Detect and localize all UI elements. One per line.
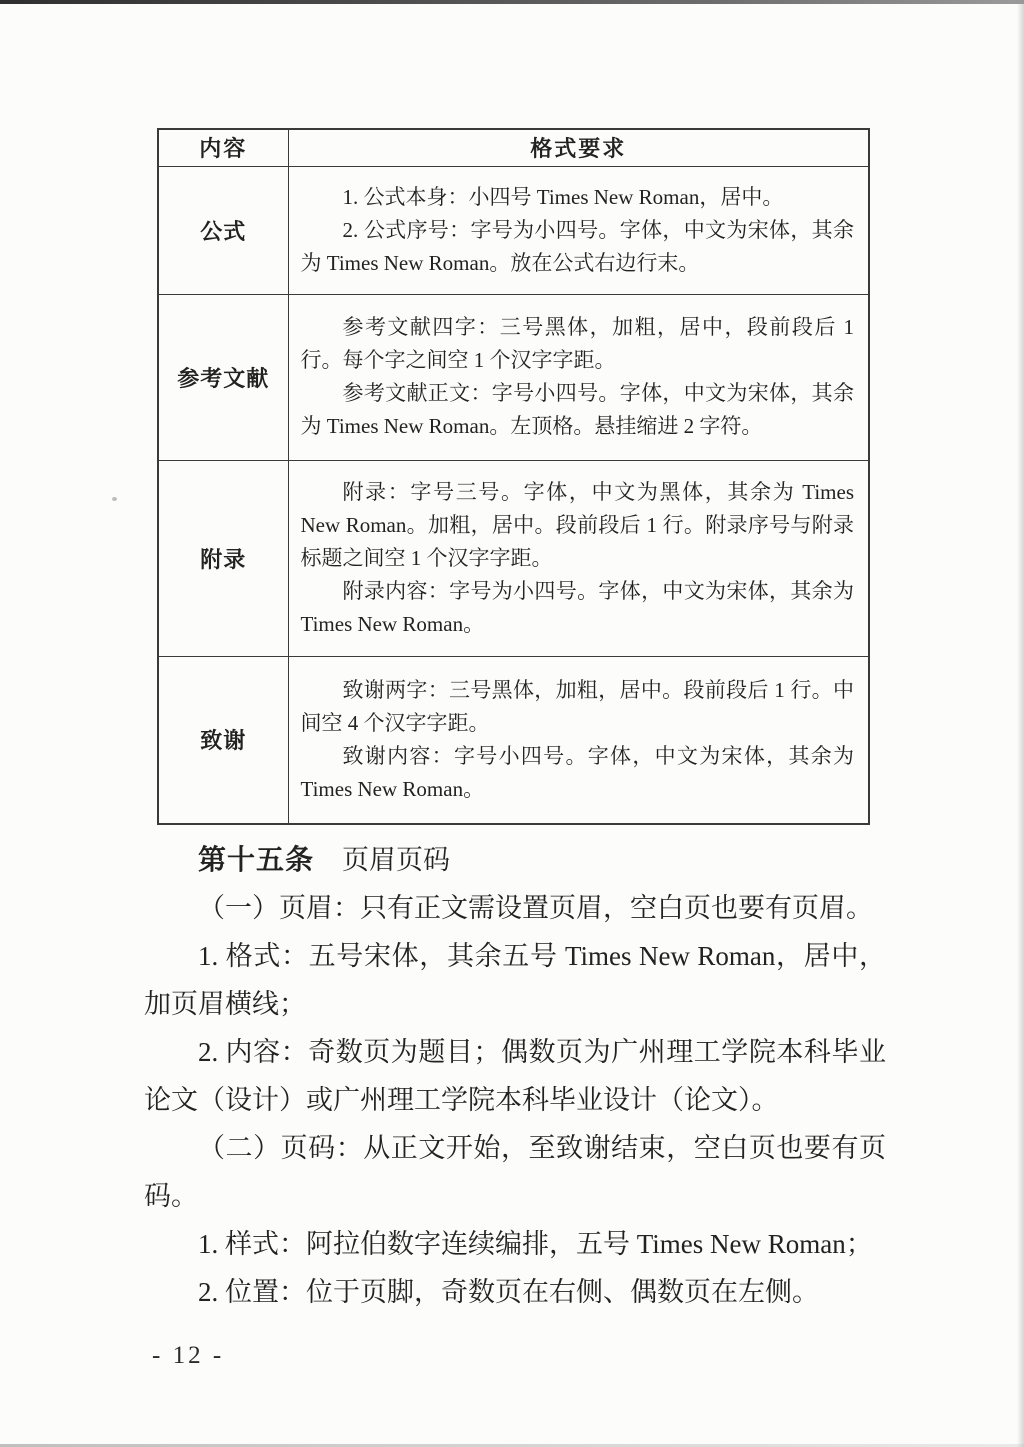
row-content-appendix: 附录：字号三号。字体，中文为黑体，其余为 Times New Roman。加粗，… <box>288 460 869 656</box>
row-content-references: 参考文献四字：三号黑体，加粗，居中，段前段后 1 行。每个字之间空 1 个汉字字… <box>288 294 869 460</box>
row-label-references: 参考文献 <box>158 294 288 460</box>
table-row-formula: 公式 1. 公式本身：小四号 Times New Roman，居中。 2. 公式… <box>158 166 869 294</box>
table-row-appendix: 附录 附录：字号三号。字体，中文为黑体，其余为 Times New Roman。… <box>158 460 869 656</box>
cell-paragraph: 附录内容：字号为小四号。字体，中文为宋体，其余为 Times New Roman… <box>301 575 855 641</box>
body-paragraph: 1. 格式：五号宋体，其余五号 Times New Roman，居中，加页眉横线… <box>144 932 886 1028</box>
section-number: 第十五条 <box>198 844 314 875</box>
row-label-appendix: 附录 <box>158 460 288 656</box>
col-header-format: 格式要求 <box>288 129 869 166</box>
table-row-references: 参考文献 参考文献四字：三号黑体，加粗，居中，段前段后 1 行。每个字之间空 1… <box>158 294 869 460</box>
cell-paragraph: 附录：字号三号。字体，中文为黑体，其余为 Times New Roman。加粗，… <box>301 476 855 575</box>
body-paragraph: 2. 内容：奇数页为题目；偶数页为广州理工学院本科毕业论文（设计）或广州理工学院… <box>144 1028 886 1124</box>
cell-paragraph: 致谢内容：字号小四号。字体，中文为宋体，其余为 Times New Roman。 <box>301 740 855 806</box>
body-paragraph: （一）页眉：只有正文需设置页眉，空白页也要有页眉。 <box>144 884 886 932</box>
col-header-content: 内容 <box>158 129 288 166</box>
format-requirements-table: 内容 格式要求 公式 1. 公式本身：小四号 Times New Roman，居… <box>157 128 870 825</box>
scan-speck-artifact <box>112 497 117 501</box>
body-paragraph: 1. 样式：阿拉伯数字连续编排，五号 Times New Roman； <box>144 1220 886 1268</box>
table-row-acknowledgements: 致谢 致谢两字：三号黑体，加粗，居中。段前段后 1 行。中间空 4 个汉字字距。… <box>158 656 869 824</box>
cell-paragraph: 参考文献正文：字号小四号。字体，中文为宋体，其余为 Times New Roma… <box>301 377 855 443</box>
row-content-formula: 1. 公式本身：小四号 Times New Roman，居中。 2. 公式序号：… <box>288 166 869 294</box>
table-header-row: 内容 格式要求 <box>158 129 869 166</box>
row-label-formula: 公式 <box>158 166 288 294</box>
row-content-acknowledgements: 致谢两字：三号黑体，加粗，居中。段前段后 1 行。中间空 4 个汉字字距。 致谢… <box>288 656 869 824</box>
body-text: 第十五条页眉页码 （一）页眉：只有正文需设置页眉，空白页也要有页眉。 1. 格式… <box>144 836 886 1316</box>
section-title: 页眉页码 <box>342 845 450 875</box>
cell-paragraph: 参考文献四字：三号黑体，加粗，居中，段前段后 1 行。每个字之间空 1 个汉字字… <box>301 311 855 377</box>
scan-top-edge-artifact <box>0 0 1024 4</box>
page-number: - 12 - <box>152 1342 224 1370</box>
section-heading: 第十五条页眉页码 <box>144 836 886 884</box>
scan-right-edge-artifact <box>1017 0 1024 1447</box>
scanned-document-page: 内容 格式要求 公式 1. 公式本身：小四号 Times New Roman，居… <box>0 0 1024 1447</box>
body-paragraph: 2. 位置：位于页脚，奇数页在右侧、偶数页在左侧。 <box>144 1268 886 1316</box>
body-paragraph: （二）页码：从正文开始，至致谢结束，空白页也要有页码。 <box>144 1124 886 1220</box>
cell-paragraph: 致谢两字：三号黑体，加粗，居中。段前段后 1 行。中间空 4 个汉字字距。 <box>301 674 855 740</box>
cell-paragraph: 1. 公式本身：小四号 Times New Roman，居中。 <box>301 181 855 214</box>
cell-paragraph: 2. 公式序号：字号为小四号。字体，中文为宋体，其余为 Times New Ro… <box>301 214 855 280</box>
row-label-acknowledgements: 致谢 <box>158 656 288 824</box>
